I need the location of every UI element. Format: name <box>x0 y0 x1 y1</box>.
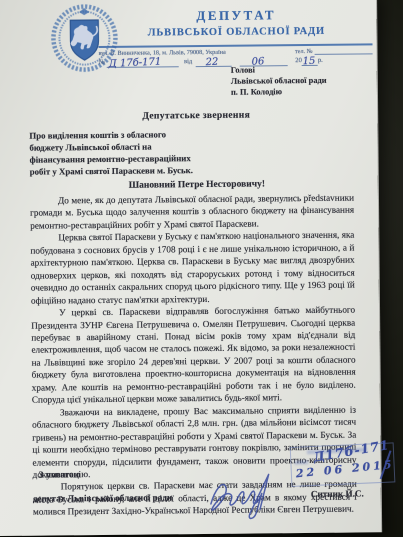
document-title: Депутатське звернення <box>31 108 361 122</box>
number-label: № <box>99 58 105 68</box>
council-name: ЛЬВІВСЬКОЇ ОБЛАСНОЇ РАДИ <box>130 26 342 39</box>
signer-name: Ситник Й.С. <box>311 488 364 499</box>
recipient-org: Львівської обласної ради <box>231 76 327 88</box>
body-paragraph: Церква святої Параскеви у Буську є пам'я… <box>30 229 355 307</box>
org-address: вул. В. Винниченка, 18, м. Львів, 79008,… <box>99 49 226 57</box>
recipient-name: п. П. Колодію <box>231 86 327 98</box>
registration-stamp: Д17б-171 22 06 2015 <box>290 442 396 487</box>
handwritten-doc-number: Д 17б-171 <box>109 57 162 69</box>
deputy-title: ДЕПУТАТ <box>130 7 342 25</box>
salutation: Шановний Петре Несторовичу! <box>32 178 362 191</box>
handwritten-day: 22 <box>205 58 218 69</box>
stamp-faint-print <box>294 460 308 465</box>
body-paragraph: До мене, як до депутата Львівської облас… <box>30 192 354 232</box>
recipient-block: Голові Львівської обласної ради п. П. Ко… <box>231 65 327 98</box>
subject-block: Про виділення коштів з обласного бюджету… <box>29 129 229 179</box>
subject-line: робіт у Храмі святої Параскеви м. Буськ. <box>30 164 230 178</box>
signature-scribble <box>203 469 287 522</box>
phone-label: тел. № <box>295 48 313 55</box>
body-paragraph: У церкві св. Параскеви відправляв богосл… <box>31 304 356 407</box>
signer-position: депутат Львівської обласної ради <box>33 492 173 503</box>
from-label: від <box>184 57 192 67</box>
closing-regards: З повагою <box>39 469 81 479</box>
letter-paper: ДЕПУТАТ ЛЬВІВСЬКОЇ ОБЛАСНОЇ РАДИ вул. В.… <box>0 0 381 536</box>
